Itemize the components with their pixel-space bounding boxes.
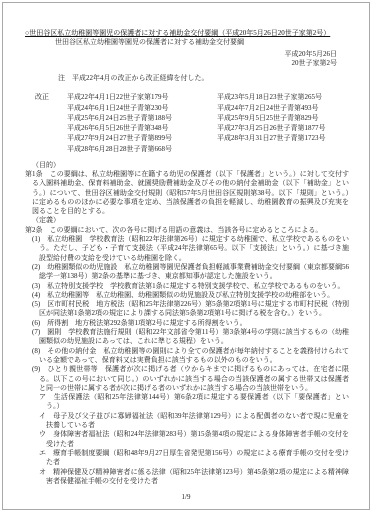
amendment-row: 平成26年6月5日26世子青第348号 平成27年3月25日26世子青第1877… — [67, 123, 349, 133]
subitem-a: ア 生活保護法（昭和25年法律第144号）第6条2項に規定する要保護者（以下「要… — [39, 393, 349, 412]
amendment-entry: 平成24年7月2日24世子青第493号 — [217, 103, 349, 113]
definition-item-7: (7) 園則 学校教育法施行規則（昭和22年文部省令第11号）第3条第4号の学則… — [32, 328, 349, 347]
amendment-entry: 平成25年6月24日25世子青第188号 — [67, 113, 217, 123]
article-2: 第2条 この要綱において、次の各号に掲げる用語の意義は、当該各号に定めるところに… — [25, 226, 349, 235]
issue-block: 平成20年5月26日 20世子家第2号 — [25, 50, 349, 69]
amendment-entry — [217, 144, 349, 154]
page-indicator: 1/9 — [3, 493, 369, 502]
revision-note: 注 平成22年4月の改正から改正経緯を付した。 — [58, 74, 349, 83]
amendment-entry: 平成22年4月1日22世子家第179号 — [67, 92, 217, 102]
amendment-entry: 平成28年6月28日28世子青第668号 — [67, 144, 217, 154]
definition-item-2: (2) 幼稚園類似の幼児施設 私立幼稚園等園児保護者負担軽減事業費補助金交付要綱… — [32, 263, 349, 282]
issue-number: 20世子家第2号 — [25, 59, 337, 68]
document-body: （目的） 第1条 この要綱は、私立幼稚園等に在籍する幼児の保護者（以下「保護者」… — [25, 161, 349, 486]
amendment-entry: 平成23年5月18日23世子家第265号 — [217, 92, 349, 102]
amendment-entry: 平成27年3月25日26世子青第1877号 — [217, 123, 349, 133]
amendment-entry: 平成26年6月5日26世子青第348号 — [67, 123, 217, 133]
document-page: ○世田谷区私立幼稚園等園児の保護者に対する補助金交付要綱（平成20年5月26日2… — [2, 2, 370, 510]
subitem-o: オ 精神保健及び精神障害者に係る法律（昭和25年法律第123号）第45条第2項の… — [39, 468, 349, 487]
definition-item-9: (9) ひとり親世帯等 保護者が次に掲げる者（ウからキまでに掲げるものにあっては… — [32, 365, 349, 393]
subitem-u: ウ 身体障害者福祉法（昭和24年法律第283号）第15条第4項の規定による身体障… — [39, 430, 349, 449]
amendment-entry: 平成27年9月24日27世子青第899号 — [67, 133, 217, 143]
amendment-row: 平成28年6月28日28世子青第668号 — [67, 144, 349, 154]
amendment-row: 平成25年6月24日25世子青第188号 平成25年9月5日25世子青第829号 — [67, 113, 349, 123]
definition-item-6: (6) 所得割 地方税法第292条第1項第2号に規定する所得割をいう。 — [32, 319, 349, 328]
issue-date: 平成20年5月26日 — [25, 50, 337, 59]
definition-item-5: (5) 区市町村民税 地方税法（昭和25年法律第226号）第5条第2項第1号に規… — [32, 300, 349, 319]
amendment-entry: 平成28年3月31日27世子青第1723号 — [217, 133, 349, 143]
subitem-e: エ 療育手帳制度要綱（昭和48年9月27日厚生省発児第156号）の規定による療育… — [39, 449, 349, 468]
amendment-entry: 平成24年6月1日24世子青第230号 — [67, 103, 217, 113]
amendment-history: 改正 平成22年4月1日22世子家第179号 平成23年5月18日23世子家第2… — [25, 92, 349, 153]
definitions-section-heading: （定義） — [32, 216, 349, 225]
amendment-label: 改正 — [35, 92, 67, 153]
definition-item-4: (4) 私立幼稚園等 私立幼稚園、幼稚園類似の幼児施設及び私立特別支援学校の幼稚… — [32, 291, 349, 300]
article-1: 第1条 この要綱は、私立幼稚園等に在籍する幼児の保護者（以下「保護者」という。）… — [25, 170, 349, 216]
definition-item-8: (8) その他の納付金 私立幼稚園等の園則により全ての保護者が毎年納付することを… — [32, 347, 349, 366]
amendment-row: 平成27年9月24日27世子青第899号 平成28年3月31日27世子青第172… — [67, 133, 349, 143]
purpose-section-heading: （目的） — [32, 161, 349, 170]
subitem-i: イ 母子及び父子並びに寡婦福祉法（昭和39年法律第129号）による配偶者のない者… — [39, 412, 349, 431]
amendment-entry: 平成25年9月5日25世子青第829号 — [217, 113, 349, 123]
definition-item-3: (3) 私立特別支援学校 学校教育法第1条に規定する特別支援学校で、私立学校であ… — [32, 282, 349, 291]
document-heading: 世田谷区私立幼稚園等園児の保護者に対する補助金交付要綱 — [55, 38, 349, 47]
amendment-row: 平成22年4月1日22世子家第179号 平成23年5月18日23世子家第265号 — [67, 92, 349, 102]
amendment-list: 平成22年4月1日22世子家第179号 平成23年5月18日23世子家第265号… — [67, 92, 349, 153]
definition-item-1: (1) 私立幼稚園 学校教育法（昭和22年法律第26号）に規定する幼稚園で、私立… — [32, 235, 349, 263]
document-title-link[interactable]: ○世田谷区私立幼稚園等園児の保護者に対する補助金交付要綱（平成20年5月26日2… — [25, 29, 349, 38]
amendment-row: 平成24年6月1日24世子青第230号 平成24年7月2日24世子青第493号 — [67, 103, 349, 113]
